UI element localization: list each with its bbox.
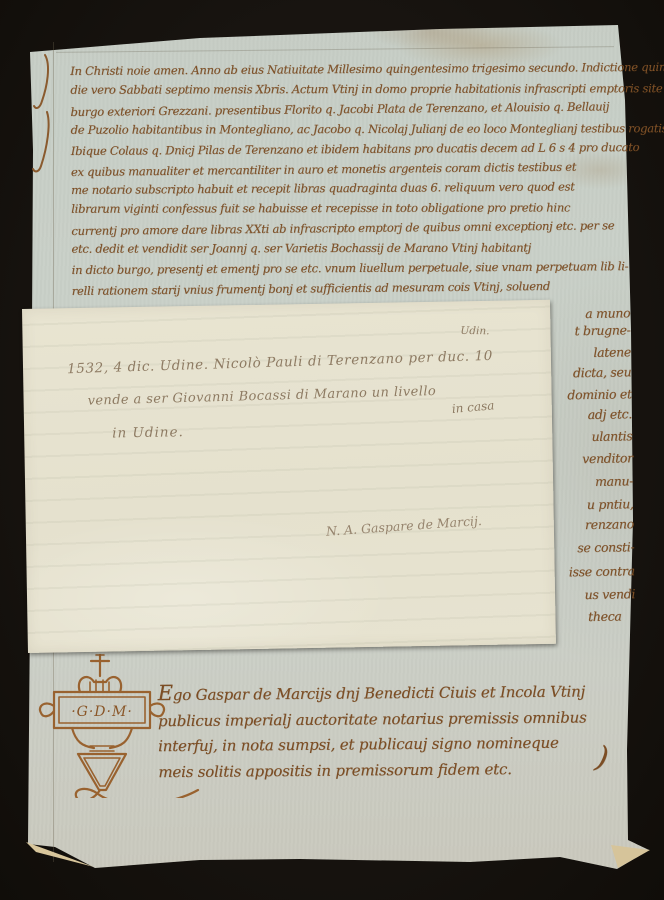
sign-tail-flourish: [76, 789, 198, 798]
cutoff-line-fragment: dominio et: [567, 386, 632, 402]
slip-corner-note: Udin.: [460, 325, 489, 338]
cutoff-line-fragment: ulantis: [591, 428, 632, 444]
initial-stroke-2: [33, 112, 49, 171]
manuscript-line: In Christi noie amen. Anno ab eius Natiu…: [70, 58, 635, 82]
cutoff-line-fragment: u pntiu,: [587, 496, 634, 512]
sign-pedestal: [79, 677, 121, 692]
initial-stroke-1: [34, 55, 48, 108]
cutoff-line-fragment: t brugne-: [574, 322, 630, 338]
slip-place-line: in Udine.: [112, 424, 184, 441]
sign-stem-funnel: [72, 728, 132, 790]
cutoff-line-fragment: venditor: [582, 450, 633, 466]
slip-date-line: 1532, 4 dic. Udine. Nicolò Pauli di Tere…: [67, 348, 493, 377]
sign-initials-box: ·G·D·M·: [54, 692, 150, 728]
attestation-line: meis solitis appositis in premissorum fi…: [158, 755, 658, 785]
overlay-slip: Udin. 1532, 4 dic. Udine. Nicolò Pauli d…: [22, 300, 556, 653]
slip-sale-line-wrap: in casa: [451, 398, 495, 416]
attestation-line: Ego Gaspar de Marcijs dnj Benedicti Ciui…: [158, 677, 658, 709]
cutoff-line-fragment: se consti-: [577, 539, 634, 555]
initial-flourish-strokes: [30, 52, 56, 182]
cutoff-line-fragment: adj etc.: [588, 406, 633, 422]
photo-background: In Christi noie amen. Anno ab eius Natiu…: [0, 0, 664, 900]
main-text-block: In Christi noie amen. Anno ab eius Natiu…: [70, 58, 637, 301]
cutoff-line-fragment: renzano: [585, 516, 634, 532]
notarial-sign-initials: ·G·D·M·: [71, 704, 133, 720]
manuscript-line: etc. dedit et vendidit ser Joannj q. ser…: [71, 238, 636, 259]
slip-sale-line: vende a ser Giovanni Bocassi di Marano u…: [87, 384, 436, 409]
cutoff-line-fragment: a muno: [585, 305, 630, 321]
notary-signature: N. A. Gaspare de Marcij.: [326, 513, 483, 539]
attestation-line: publicus imperialj auctoritate notarius …: [158, 704, 658, 734]
cutoff-line-fragment: isse contra: [569, 563, 635, 579]
manuscript-line: de Puzolio habitantibus in Montegliano, …: [71, 119, 636, 140]
cutoff-line-fragment: manu-: [595, 473, 633, 489]
cutoff-line-fragment: latene: [593, 344, 631, 360]
closing-attestation-block: Ego Gaspar de Marcijs dnj Benedicti Ciui…: [158, 677, 659, 785]
cutoff-line-fragment: us vendi: [584, 586, 635, 602]
cutoff-line-fragment: theca: [588, 608, 622, 624]
cutoff-line-fragment: dicta, seu: [573, 364, 632, 380]
cross-icon: [91, 655, 109, 676]
